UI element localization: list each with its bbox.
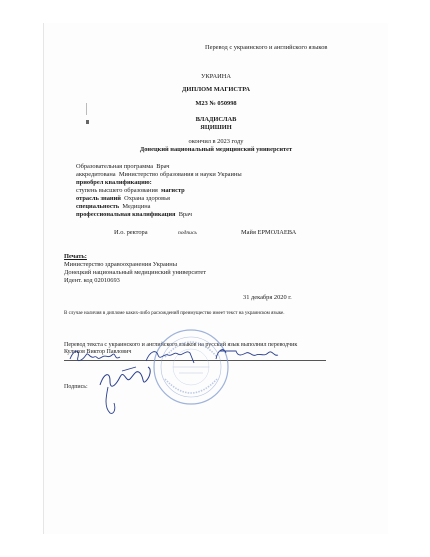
rector-name: Майя ЕРМОЛАЕВА xyxy=(241,229,296,237)
rector-position: И.о. ректора xyxy=(114,229,148,237)
detail-program: Образовательная программа Врач xyxy=(76,163,170,171)
seal-line: Министерство здравоохранения Украины xyxy=(64,261,177,269)
graduation-year: окончил в 2023 году xyxy=(44,138,388,146)
detail-field: отрасль знаний Охрана здоровья xyxy=(76,195,170,203)
issue-date: 31 декабря 2020 г. xyxy=(243,294,292,302)
document-page: Перевод с украинского и английского язык… xyxy=(43,23,388,534)
seal-heading: Печать: xyxy=(64,253,87,261)
university-name: Донецкий национальный медицинский универ… xyxy=(44,146,388,154)
graduate-first-name: ВЛАДИСЛАВ xyxy=(44,116,388,124)
discrepancy-note: В случае наличия в дипломе каких-либо ра… xyxy=(64,310,285,318)
rector-signature-placeholder: подпись xyxy=(178,229,197,237)
seal-line: Идент. код 02010693 xyxy=(64,277,120,285)
handwritten-signature-icon xyxy=(96,363,156,418)
detail-professional-qualification: профессиональная квалификация Врач xyxy=(76,211,192,219)
diploma-title: ДИПЛОМ МАГИСТРА xyxy=(44,86,388,94)
scan-margin-mark xyxy=(86,103,87,115)
country-heading: УКРАИНА xyxy=(44,73,388,81)
signature-label: Подпись: xyxy=(64,383,88,391)
detail-degree-level: ступень высшего образования магистр xyxy=(76,187,185,195)
detail-accreditation: аккредитована Министерство образования и… xyxy=(76,171,242,179)
scan-margin-mark xyxy=(86,120,89,124)
detail-specialty: специальность Медицина xyxy=(76,203,151,211)
translation-header-note: Перевод с украинского и английского язык… xyxy=(205,44,327,52)
seal-line: Донецкий национальный медицинский универ… xyxy=(64,269,206,277)
detail-qualification-heading: приобрел квалификацию: xyxy=(76,179,152,187)
diploma-number: М23 № 050998 xyxy=(44,100,388,108)
graduate-last-name: ЯЦИШИН xyxy=(44,124,388,132)
